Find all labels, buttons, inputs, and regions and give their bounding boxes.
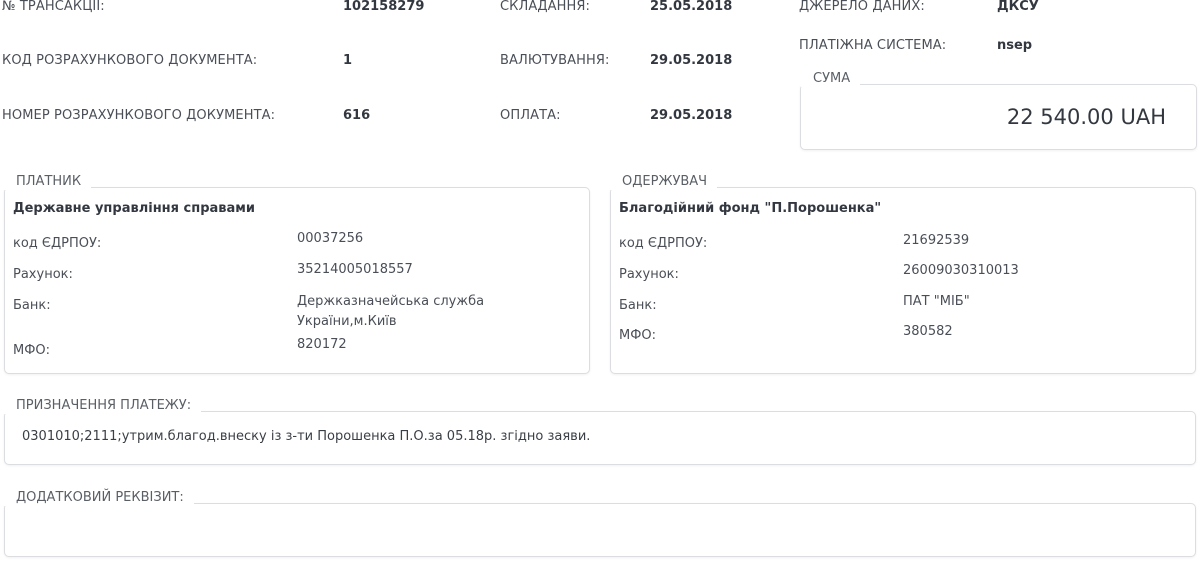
transaction-no-label: № ТРАНСАКЦІЇ: <box>2 0 105 14</box>
recipient-mfo-value: 380582 <box>903 322 953 342</box>
recipient-edrpou-label: код ЄДРПОУ: <box>619 236 707 251</box>
doc-code-label: КОД РОЗРАХУНКОВОГО ДОКУМЕНТА: <box>2 53 257 68</box>
valuation-date-value: 29.05.2018 <box>650 53 732 68</box>
recipient-bank-value: ПАТ "МІБ" <box>903 292 970 312</box>
sum-box: 22 540.00 UAH <box>800 84 1197 150</box>
valuation-date-label: ВАЛЮТУВАННЯ: <box>500 53 609 68</box>
purpose-text: 0301010;2111;утрим.благод.внеску із з-ти… <box>22 429 590 444</box>
payment-date-value: 29.05.2018 <box>650 108 732 123</box>
recipient-account-value: 26009030310013 <box>903 261 1019 281</box>
purpose-box: 0301010;2111;утрим.благод.внеску із з-ти… <box>4 411 1196 465</box>
compiled-date-value: 25.05.2018 <box>650 0 732 14</box>
doc-code-value: 1 <box>343 53 352 68</box>
transaction-no-value: 102158279 <box>343 0 424 14</box>
recipient-mfo-label: МФО: <box>619 328 656 343</box>
payer-name: Державне управління справами <box>13 201 255 216</box>
recipient-box: Благодійний фонд "П.Порошенка" код ЄДРПО… <box>610 187 1196 374</box>
payer-box: Державне управління справами код ЄДРПОУ:… <box>4 187 590 374</box>
payment-system-label: ПЛАТІЖНА СИСТЕМА: <box>799 38 946 53</box>
payer-edrpou-label: код ЄДРПОУ: <box>13 236 101 251</box>
recipient-title: ОДЕРЖУВАЧ <box>610 174 717 190</box>
payer-title: ПЛАТНИК <box>4 174 91 190</box>
payer-bank-label: Банк: <box>13 298 51 313</box>
data-source-value: ДКСУ <box>997 0 1039 14</box>
extra-box <box>4 503 1196 557</box>
doc-number-value: 616 <box>343 108 370 123</box>
payer-account-value: 35214005018557 <box>297 260 413 280</box>
payer-edrpou-value: 00037256 <box>297 229 363 249</box>
payment-date-label: ОПЛАТА: <box>500 108 561 123</box>
extra-title: ДОДАТКОВИЙ РЕКВІЗИТ: <box>4 490 194 506</box>
payer-mfo-label: МФО: <box>13 343 50 358</box>
recipient-account-label: Рахунок: <box>619 267 679 282</box>
data-source-label: ДЖЕРЕЛО ДАНИХ: <box>799 0 925 14</box>
recipient-name: Благодійний фонд "П.Порошенка" <box>619 201 881 216</box>
recipient-edrpou-value: 21692539 <box>903 231 969 251</box>
payer-bank-value: Держказначейська служба України,м.Київ <box>297 292 517 332</box>
payer-account-label: Рахунок: <box>13 267 73 282</box>
payment-system-value: nsep <box>997 38 1032 53</box>
payer-mfo-value: 820172 <box>297 335 347 355</box>
recipient-bank-label: Банк: <box>619 298 657 313</box>
sum-label: СУМА <box>801 71 860 87</box>
compiled-date-label: СКЛАДАННЯ: <box>500 0 590 14</box>
doc-number-label: НОМЕР РОЗРАХУНКОВОГО ДОКУМЕНТА: <box>2 108 275 123</box>
purpose-title: ПРИЗНАЧЕННЯ ПЛАТЕЖУ: <box>4 398 201 414</box>
sum-value: 22 540.00 UAH <box>1007 105 1166 129</box>
